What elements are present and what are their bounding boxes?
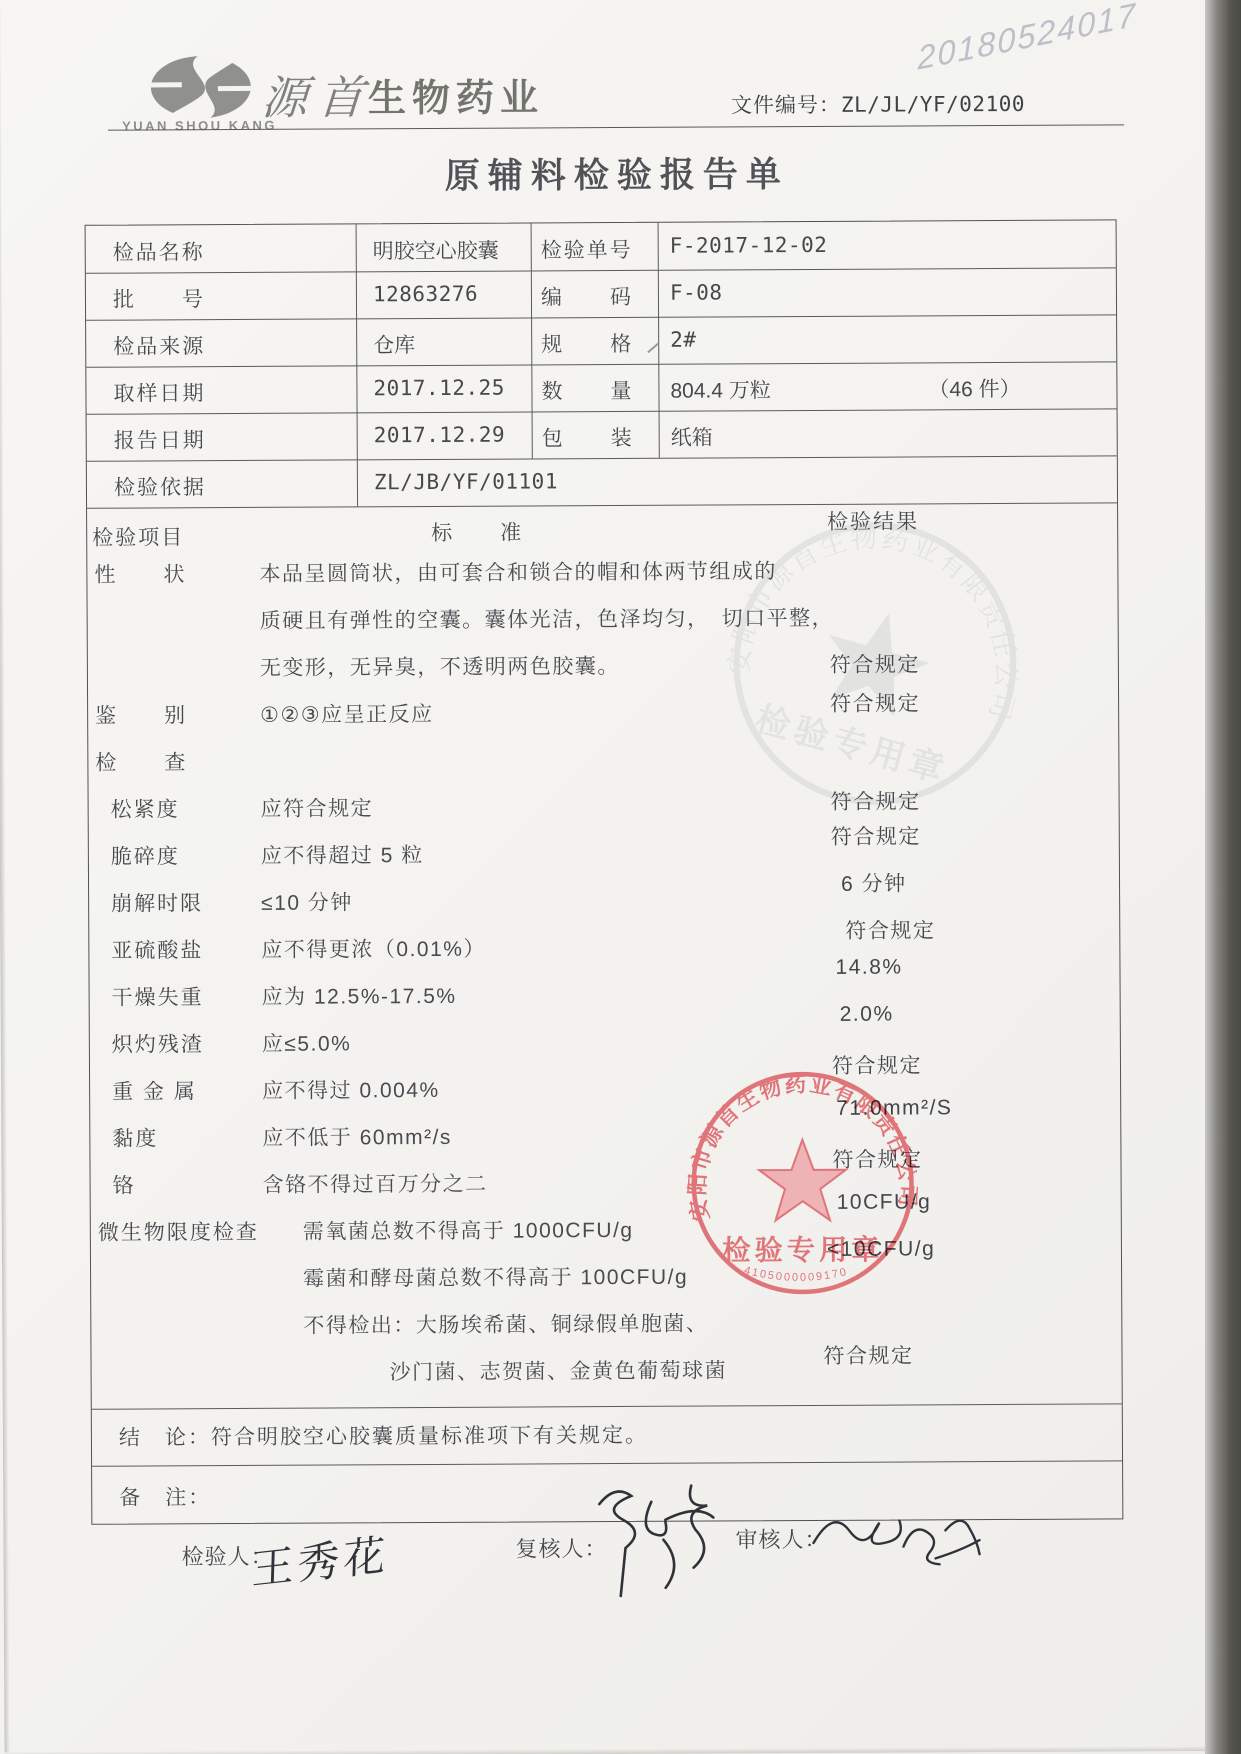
spec-row: 黏度 应不低于 60mm²/s 71.0mm²/S: [90, 1106, 1120, 1158]
spec-item-result: 符合规定: [831, 820, 921, 850]
remarks-row: 备 注：: [119, 1481, 211, 1511]
row-divider: [86, 314, 1116, 320]
document-number-label: 文件编号：: [731, 94, 841, 118]
field-value-sampling-date: 2017.12.25: [373, 376, 505, 401]
field-value-sample-source: 仓库: [373, 329, 415, 359]
spec-item-result: 符合规定: [830, 648, 920, 678]
field-label-sample-source: 检品来源: [113, 330, 205, 360]
spec-row: 干燥失重 应为 12.5%-17.5% 14.8%: [89, 965, 1119, 1017]
conclusion-divider: [92, 1403, 1122, 1409]
logo-chinese-name: 源首: [260, 61, 376, 128]
field-value-report-date: 2017.12.29: [374, 423, 506, 448]
spec-item-result: 6 分钟: [841, 868, 907, 898]
spec-row: 鉴 别 ①②③应呈正反应 符合规定: [88, 683, 1118, 735]
auditor-signature: [805, 1494, 985, 1585]
field-value-quantity: 804.4 万粒: [670, 374, 771, 405]
spec-item-standard: ≤10 分钟: [261, 886, 353, 916]
spec-item-result: 符合规定: [831, 785, 921, 815]
field-label-inspection-basis: 检验依据: [114, 471, 206, 501]
field-value-spec: 2#: [670, 328, 696, 352]
spec-row: 崩解时限 ≤10 分钟 6 分钟: [89, 871, 1119, 923]
spec-row: 不得检出：大肠埃希菌、铜绿假单胞菌、: [91, 1294, 1121, 1346]
spec-item-standard: 需氧菌总数不得高于 1000CFU/g: [303, 1214, 634, 1246]
spec-item-name: 微生物限度检查: [98, 1216, 259, 1247]
column-header-standard: 标 准: [431, 517, 523, 547]
spec-item-name: 检 查: [95, 746, 187, 776]
document-number: 文件编号：ZL/JL/YF/02100: [731, 88, 1025, 120]
field-value-quantity-pieces: （46 件）: [928, 373, 1020, 403]
spec-item-name: 崩解时限: [111, 887, 203, 917]
field-label-code: 编 码: [541, 281, 633, 311]
field-value-report-no: F-2017-12-02: [670, 233, 828, 258]
field-label-report-date: 报告日期: [114, 424, 206, 454]
field-label-sample-name: 检品名称: [113, 236, 205, 266]
spec-item-standard: 霉菌和酵母菌总数不得高于 100CFU/g: [303, 1261, 688, 1293]
handwritten-number: 20180524017: [917, 0, 1114, 78]
spec-item-standard: 不得检出：大肠埃希菌、铜绿假单胞菌、: [303, 1308, 708, 1340]
field-value-inspection-basis: ZL/JB/YF/01101: [374, 469, 558, 494]
scan-edge-bottom: [5, 1746, 1241, 1754]
spec-row: 性 状 本品呈圆筒状，由可套合和锁合的帽和体两节组成的: [87, 542, 1117, 594]
spec-row: 亚硫酸盐 应不得更浓（0.01%） 符合规定: [89, 918, 1119, 970]
spec-item-standard: 沙门菌、志贺菌、金黄色葡萄球菌: [390, 1354, 728, 1386]
spec-row: 霉菌和酵母菌总数不得高于 100CFU/g <10CFU/g: [91, 1247, 1121, 1299]
field-label-batch-no: 批 号: [113, 283, 205, 313]
spec-item-standard: 应为 12.5%-17.5%: [262, 980, 457, 1011]
scan-edge-right: [1205, 0, 1241, 1754]
field-value-code: F-08: [670, 280, 723, 304]
conclusion-row: 结 论：符合明胶空心胶囊质量标准项下有关规定。: [119, 1419, 648, 1452]
row-divider: [87, 455, 1117, 461]
logo-company-suffix: 生物药业: [368, 66, 544, 122]
spec-item-standard: 无变形，无异臭，不透明两色胶囊。: [260, 650, 620, 682]
spec-item-name: 亚硫酸盐: [111, 934, 203, 964]
stamp-title-text: 检验专用章: [722, 1233, 883, 1266]
inspection-table: 检品名称 明胶空心胶囊 检验单号 F-2017-12-02 批 号 128632…: [85, 219, 1124, 1524]
spec-item-standard: 含铬不得过百万分之二: [263, 1168, 488, 1199]
field-value-batch-no: 12863276: [373, 282, 478, 307]
spec-item-name: 重 金 属: [112, 1075, 197, 1105]
scan-edge-left: [0, 3, 10, 1754]
row-divider: [87, 502, 1117, 508]
field-value-sample-name: 明胶空心胶囊: [373, 235, 499, 266]
spec-item-standard: 应不得更浓（0.01%）: [261, 933, 486, 964]
spec-item-standard: 应不得超过 5 粒: [261, 839, 424, 870]
field-label-sampling-date: 取样日期: [113, 377, 205, 407]
spec-row: 脆碎度 应不得超过 5 粒 符合规定: [89, 824, 1119, 876]
spec-item-name: 干燥失重: [112, 981, 204, 1011]
spec-item-result: 符合规定: [830, 687, 920, 717]
column-divider: [531, 223, 533, 458]
column-header-result: 检验结果: [827, 505, 919, 535]
field-label-packaging: 包 装: [542, 422, 634, 452]
spec-item-standard: 应不得过 0.004%: [262, 1074, 440, 1105]
spec-item-name: 炽灼残渣: [112, 1028, 204, 1058]
scanned-report-sheet: YUAN SHOU KANG 源首 生物药业 文件编号：ZL/JL/YF/021…: [0, 0, 1241, 1754]
spec-item-name: 松紧度: [111, 793, 180, 823]
spec-row: 松紧度 应符合规定 符合规定: [88, 777, 1118, 829]
spec-item-result: 符合规定: [845, 914, 935, 944]
column-divider: [658, 223, 660, 458]
field-label-quantity: 数 量: [541, 375, 633, 405]
conclusion-text: 符合明胶空心胶囊质量标准项下有关规定。: [211, 1424, 648, 1449]
spec-item-name: 脆碎度: [111, 840, 180, 870]
spec-item-name: 铬: [113, 1170, 136, 1200]
field-label-spec: 规 格: [541, 328, 633, 358]
spec-row: 微生物限度检查 需氧菌总数不得高于 1000CFU/g 10CFU/g: [91, 1200, 1121, 1252]
remarks-label: 备 注：: [119, 1486, 211, 1509]
spec-item-name: 性 状: [94, 558, 186, 588]
spec-item-standard: 质硬且有弹性的空囊。囊体光洁，色泽均匀， 切口平整，: [260, 602, 835, 635]
spec-row: 炽灼残渣 应≤5.0% 2.0%: [90, 1012, 1120, 1064]
field-label-report-no: 检验单号: [541, 234, 633, 264]
spec-row: 沙门菌、志贺菌、金黄色葡萄球菌 符合规定: [91, 1341, 1121, 1393]
row-divider: [87, 408, 1117, 414]
row-divider: [86, 361, 1116, 367]
remarks-divider: [92, 1460, 1122, 1466]
row-divider: [86, 267, 1116, 273]
spec-item-standard: 应≤5.0%: [262, 1027, 352, 1057]
spec-item-standard: 本品呈圆筒状，由可套合和锁合的帽和体两节组成的: [259, 555, 777, 588]
spec-row: 铬 含铬不得过百万分之二 符合规定: [90, 1153, 1120, 1205]
spec-item-standard: 应不低于 60mm²/s: [262, 1121, 452, 1152]
inspector-signature: 王秀花: [251, 1522, 390, 1598]
reviewer-signature: [585, 1471, 746, 1612]
conclusion-label: 结 论：: [119, 1426, 211, 1449]
spec-item-standard: ①②③应呈正反应: [260, 698, 434, 729]
spec-row: 无变形，无异臭，不透明两色胶囊。 符合规定: [88, 636, 1118, 688]
document-number-value: ZL/JL/YF/02100: [841, 92, 1025, 117]
spec-item-name: 黏度: [112, 1122, 158, 1152]
company-logo-icon: [146, 54, 256, 121]
spec-row: 检 查: [88, 730, 1118, 782]
spec-item-result: 2.0%: [840, 1003, 894, 1027]
spec-rows-container: 性 状 本品呈圆筒状，由可套合和锁合的帽和体两节组成的 质硬且有弹性的空囊。囊体…: [86, 220, 1116, 225]
inspection-stamp: 安阳市源首生物药业有限责任公司 检验专用章 4105000009170: [676, 1056, 929, 1309]
spec-item-result: 14.8%: [835, 956, 902, 980]
report-title: 原辅料检验报告单: [0, 145, 1237, 201]
spec-item-result: 符合规定: [823, 1339, 913, 1369]
spec-row: 重 金 属 应不得过 0.004% 符合规定: [90, 1059, 1120, 1111]
spec-row: 质硬且有弹性的空囊。囊体光洁，色泽均匀， 切口平整，: [88, 589, 1118, 641]
field-value-packaging: 纸箱: [671, 422, 713, 452]
logo-english-name: YUAN SHOU KANG: [122, 118, 277, 134]
spec-item-name: 鉴 别: [95, 699, 187, 729]
spec-item-standard: 应符合规定: [261, 792, 374, 823]
